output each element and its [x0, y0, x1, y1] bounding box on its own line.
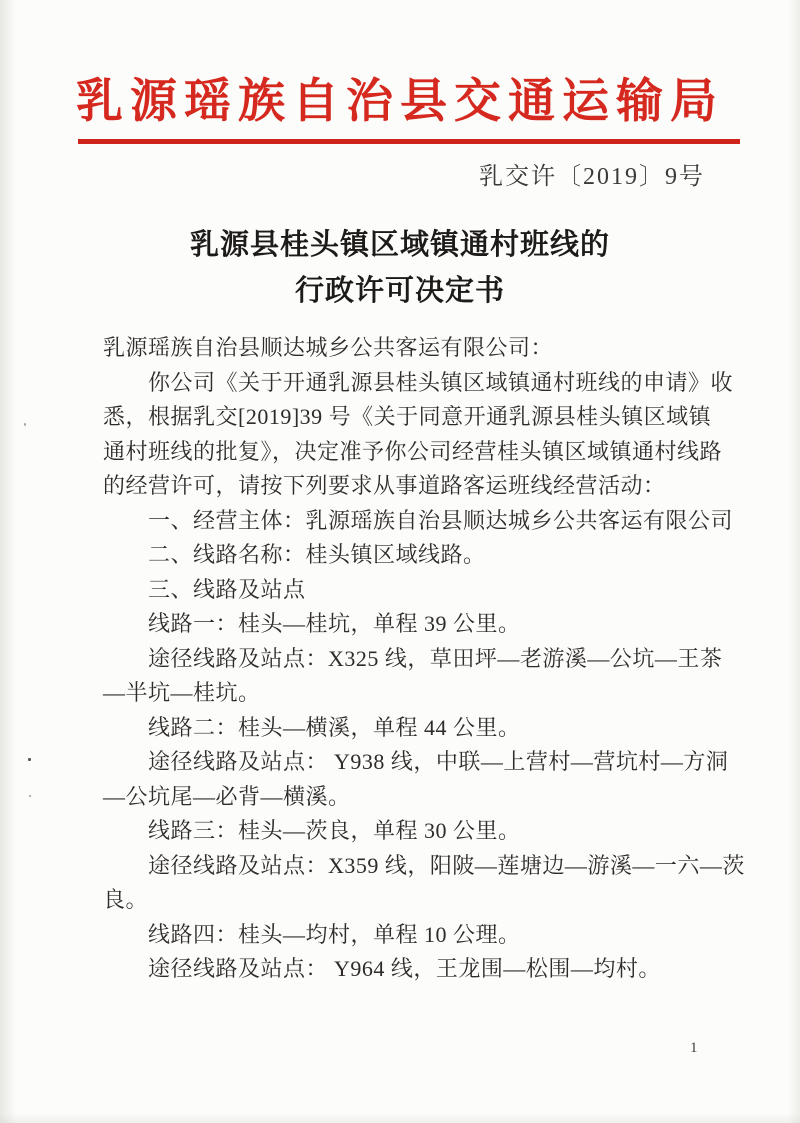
body-line: 线路三：桂头—茨良，单程 30 公里。 [103, 814, 717, 849]
body-line: 一、经营主体：乳源瑶族自治县顺达城乡公共客运有限公司 [103, 504, 717, 539]
agency-header: 乳源瑶族自治县交通运输局 [0, 64, 800, 131]
scanned-document-page: 乳源瑶族自治县交通运输局 乳交许〔2019〕9号 乳源县桂头镇区域镇通村班线的 … [0, 0, 800, 1123]
body-line: 三、线路及站点 [103, 573, 717, 608]
body-line: 线路四：桂头—均村，单程 10 公理。 [103, 918, 717, 953]
body-line: 途径线路及站点：X325 线，草田坪—老游溪—公坑—王茶 [103, 642, 717, 677]
body-line: —公坑尾—必背—横溪。 [103, 780, 717, 815]
body-line: —半坑—桂坑。 [103, 676, 717, 711]
body-line: 的经营许可，请按下列要求从事道路客运班线经营活动： [103, 469, 717, 504]
body-line: 途径线路及站点：X359 线，阳陂—莲塘边—游溪—一六—茨 [103, 849, 717, 884]
document-body: 乳源瑶族自治县顺达城乡公共客运有限公司：你公司《关于开通乳源县桂头镇区域镇通村班… [103, 331, 717, 987]
body-line: 途径线路及站点： Y938 线，中联—上营村—营坑村—方洞 [103, 745, 717, 780]
document-title: 乳源县桂头镇区域镇通村班线的 行政许可决定书 [0, 222, 800, 314]
document-title-line1: 乳源县桂头镇区域镇通村班线的 [0, 222, 800, 268]
body-line: 悉，根据乳交[2019]39 号《关于同意开通乳源县桂头镇区域镇 [103, 400, 717, 435]
body-line: 乳源瑶族自治县顺达城乡公共客运有限公司： [103, 331, 717, 366]
body-line: 通村班线的批复》，决定准予你公司经营桂头镇区域镇通村线路 [103, 435, 717, 470]
document-title-line2: 行政许可决定书 [0, 268, 800, 314]
scan-artifact-speck [24, 423, 26, 426]
header-divider-rule [78, 139, 740, 144]
document-number: 乳交许〔2019〕9号 [479, 156, 705, 191]
page-number: 1 [690, 1040, 698, 1057]
body-line: 线路一：桂头—桂坑，单程 39 公里。 [103, 607, 717, 642]
body-line: 途径线路及站点： Y964 线，王龙围—松围—均村。 [103, 952, 717, 987]
body-line: 线路二：桂头—横溪，单程 44 公里。 [103, 711, 717, 746]
body-line: 二、线路名称：桂头镇区域线路。 [103, 538, 717, 573]
scan-artifact-speck [28, 758, 31, 761]
scan-artifact-speck [29, 795, 31, 797]
body-line: 你公司《关于开通乳源县桂头镇区域镇通村班线的申请》收 [103, 366, 717, 401]
body-line: 良。 [103, 883, 717, 918]
